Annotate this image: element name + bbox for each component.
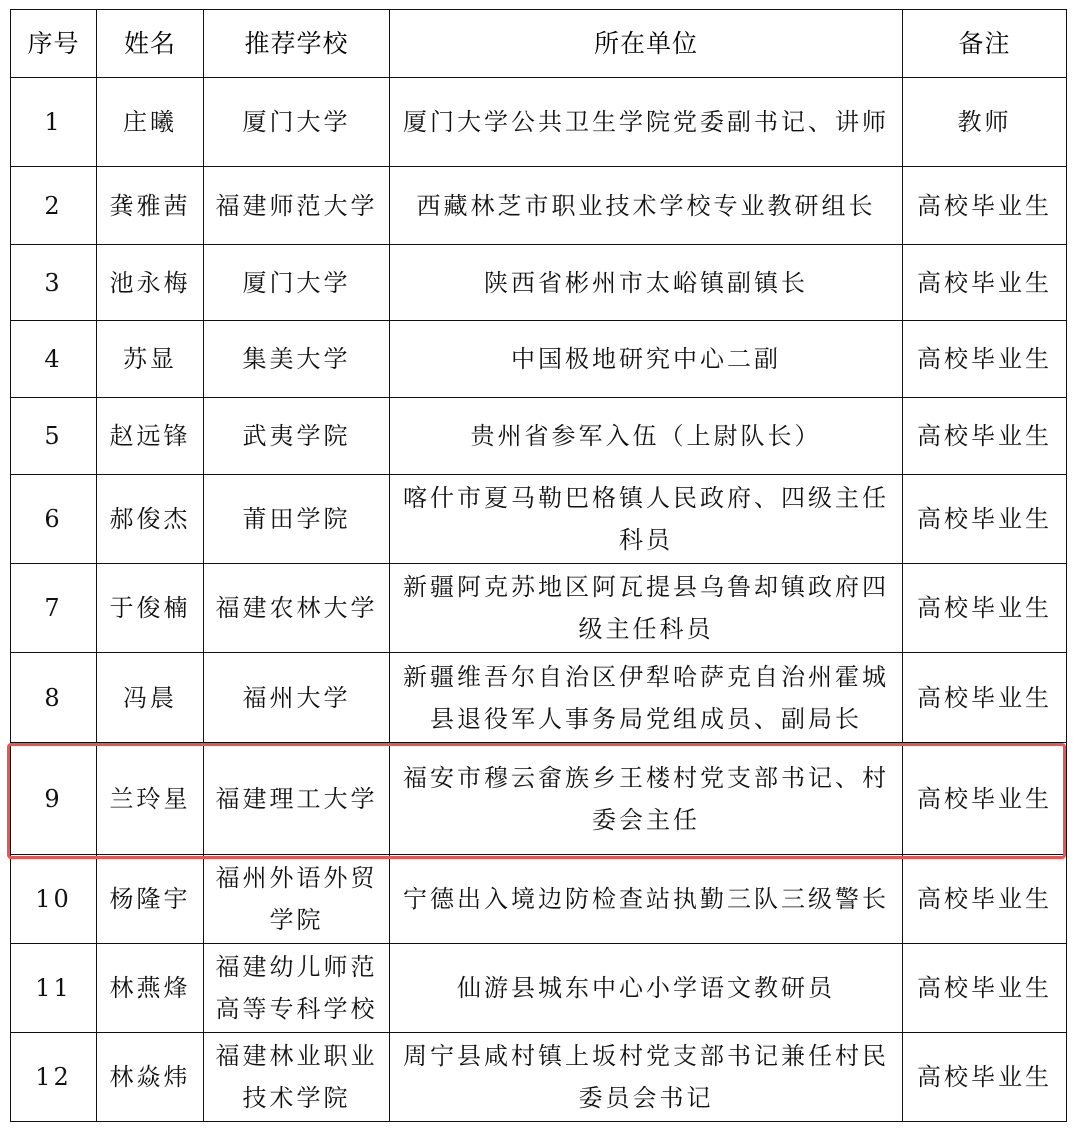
cell-name: 池永梅 [97, 245, 204, 321]
cell-school: 福建幼儿师范高等专科学校 [204, 944, 390, 1033]
cell-name: 赵远锋 [97, 398, 204, 475]
table-row: 3 池永梅 厦门大学 陕西省彬州市太峪镇副镇长 高校毕业生 [11, 245, 1067, 321]
cell-school: 福建理工大学 [204, 743, 390, 855]
cell-school: 福建农林大学 [204, 564, 390, 653]
cell-name: 郝俊杰 [97, 475, 204, 564]
cell-school: 武夷学院 [204, 398, 390, 475]
cell-no: 5 [11, 398, 97, 475]
cell-unit: 宁德出入境边防检查站执勤三队三级警长 [390, 855, 903, 944]
cell-name: 冯晨 [97, 653, 204, 743]
roster-table: 序号 姓名 推荐学校 所在单位 备注 1 庄曦 厦门大学 厦门大学公共卫生学院党… [10, 9, 1067, 1122]
cell-note: 高校毕业生 [903, 564, 1067, 653]
cell-note: 教师 [903, 78, 1067, 167]
cell-name: 于俊楠 [97, 564, 204, 653]
cell-no: 12 [11, 1033, 97, 1122]
cell-no: 11 [11, 944, 97, 1033]
table-row: 6 郝俊杰 莆田学院 喀什市夏马勒巴格镇人民政府、四级主任科员 高校毕业生 [11, 475, 1067, 564]
table-row-highlighted: 9 兰玲星 福建理工大学 福安市穆云畲族乡王楼村党支部书记、村委会主任 高校毕业… [11, 743, 1067, 855]
table-row: 2 龚雅茜 福建师范大学 西藏林芝市职业技术学校专业教研组长 高校毕业生 [11, 167, 1067, 245]
header-no: 序号 [11, 10, 97, 78]
cell-no: 2 [11, 167, 97, 245]
cell-school: 福州外语外贸学院 [204, 855, 390, 944]
table-row: 1 庄曦 厦门大学 厦门大学公共卫生学院党委副书记、讲师 教师 [11, 78, 1067, 167]
cell-unit: 新疆阿克苏地区阿瓦提县乌鲁却镇政府四级主任科员 [390, 564, 903, 653]
cell-unit: 新疆维吾尔自治区伊犁哈萨克自治州霍城县退役军人事务局党组成员、副局长 [390, 653, 903, 743]
cell-unit: 贵州省参军入伍（上尉队长） [390, 398, 903, 475]
cell-note: 高校毕业生 [903, 475, 1067, 564]
cell-unit: 陕西省彬州市太峪镇副镇长 [390, 245, 903, 321]
cell-note: 高校毕业生 [903, 653, 1067, 743]
cell-no: 10 [11, 855, 97, 944]
cell-unit: 西藏林芝市职业技术学校专业教研组长 [390, 167, 903, 245]
header-unit: 所在单位 [390, 10, 903, 78]
cell-school: 厦门大学 [204, 78, 390, 167]
header-name: 姓名 [97, 10, 204, 78]
cell-school: 集美大学 [204, 321, 390, 398]
table-row: 4 苏显 集美大学 中国极地研究中心二副 高校毕业生 [11, 321, 1067, 398]
cell-name: 苏显 [97, 321, 204, 398]
cell-note: 高校毕业生 [903, 321, 1067, 398]
header-school: 推荐学校 [204, 10, 390, 78]
cell-unit: 福安市穆云畲族乡王楼村党支部书记、村委会主任 [390, 743, 903, 855]
cell-note: 高校毕业生 [903, 743, 1067, 855]
cell-unit: 厦门大学公共卫生学院党委副书记、讲师 [390, 78, 903, 167]
cell-no: 4 [11, 321, 97, 398]
cell-no: 9 [11, 743, 97, 855]
header-row: 序号 姓名 推荐学校 所在单位 备注 [11, 10, 1067, 78]
cell-note: 高校毕业生 [903, 944, 1067, 1033]
table-row: 11 林燕烽 福建幼儿师范高等专科学校 仙游县城东中心小学语文教研员 高校毕业生 [11, 944, 1067, 1033]
cell-school: 福州大学 [204, 653, 390, 743]
table-body: 1 庄曦 厦门大学 厦门大学公共卫生学院党委副书记、讲师 教师 2 龚雅茜 福建… [11, 78, 1067, 1122]
cell-note: 高校毕业生 [903, 855, 1067, 944]
cell-unit: 喀什市夏马勒巴格镇人民政府、四级主任科员 [390, 475, 903, 564]
cell-unit: 周宁县咸村镇上坂村党支部书记兼任村民委员会书记 [390, 1033, 903, 1122]
cell-note: 高校毕业生 [903, 245, 1067, 321]
cell-no: 6 [11, 475, 97, 564]
cell-school: 莆田学院 [204, 475, 390, 564]
cell-name: 林燕烽 [97, 944, 204, 1033]
table-row: 8 冯晨 福州大学 新疆维吾尔自治区伊犁哈萨克自治州霍城县退役军人事务局党组成员… [11, 653, 1067, 743]
cell-name: 兰玲星 [97, 743, 204, 855]
cell-name: 林焱炜 [97, 1033, 204, 1122]
cell-no: 7 [11, 564, 97, 653]
cell-no: 3 [11, 245, 97, 321]
table-row: 12 林焱炜 福建林业职业技术学院 周宁县咸村镇上坂村党支部书记兼任村民委员会书… [11, 1033, 1067, 1122]
table-row: 10 杨隆宇 福州外语外贸学院 宁德出入境边防检查站执勤三队三级警长 高校毕业生 [11, 855, 1067, 944]
cell-unit: 仙游县城东中心小学语文教研员 [390, 944, 903, 1033]
header-note: 备注 [903, 10, 1067, 78]
cell-note: 高校毕业生 [903, 398, 1067, 475]
cell-name: 庄曦 [97, 78, 204, 167]
cell-unit: 中国极地研究中心二副 [390, 321, 903, 398]
cell-no: 8 [11, 653, 97, 743]
cell-note: 高校毕业生 [903, 1033, 1067, 1122]
cell-school: 福建师范大学 [204, 167, 390, 245]
cell-no: 1 [11, 78, 97, 167]
cell-school: 福建林业职业技术学院 [204, 1033, 390, 1122]
cell-note: 高校毕业生 [903, 167, 1067, 245]
cell-school: 厦门大学 [204, 245, 390, 321]
cell-name: 杨隆宇 [97, 855, 204, 944]
cell-name: 龚雅茜 [97, 167, 204, 245]
table-row: 7 于俊楠 福建农林大学 新疆阿克苏地区阿瓦提县乌鲁却镇政府四级主任科员 高校毕… [11, 564, 1067, 653]
table-row: 5 赵远锋 武夷学院 贵州省参军入伍（上尉队长） 高校毕业生 [11, 398, 1067, 475]
